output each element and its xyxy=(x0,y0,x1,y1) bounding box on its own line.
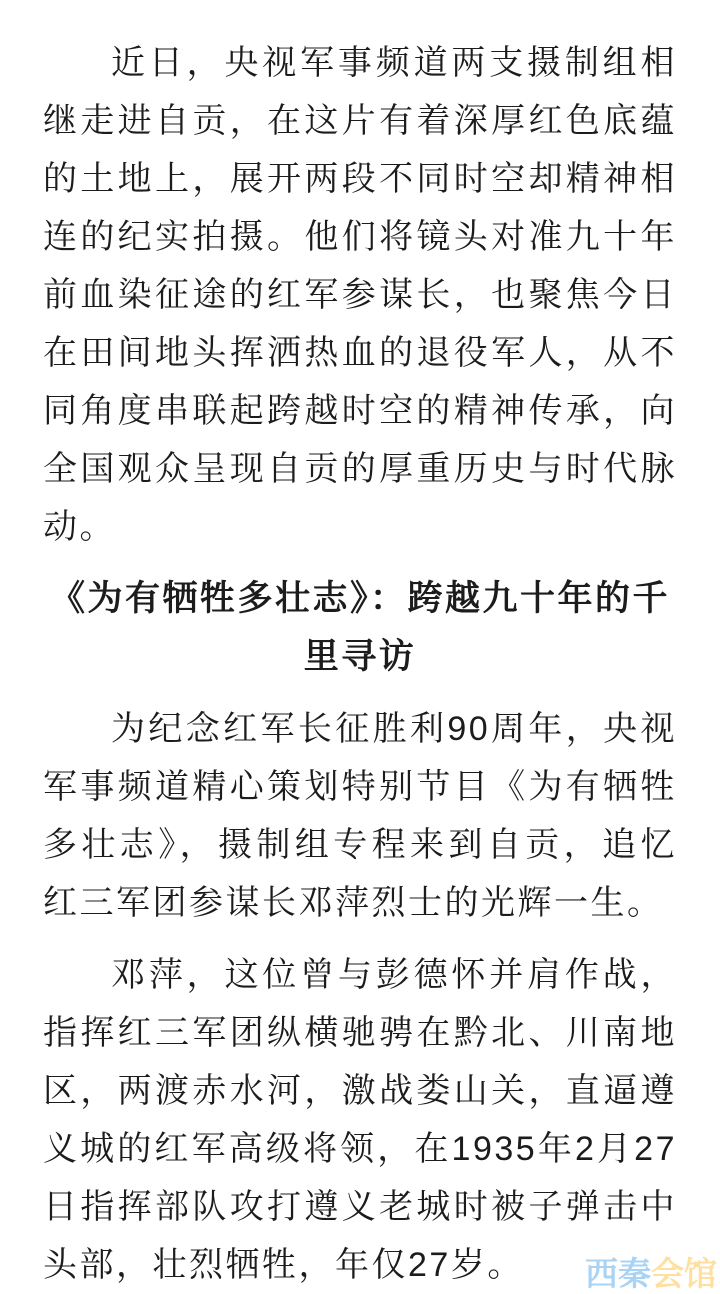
paragraph-program: 为纪念红军长征胜利90周年，央视军事频道精心策划特别节目《为有牺牲多壮志》，摄制… xyxy=(43,700,677,932)
article-page: 近日，央视军事频道两支摄制组相继走进自贡，在这片有着深厚红色底蕴的土地上，展开两… xyxy=(0,0,720,1294)
paragraph-dengping: 邓萍，这位曾与彭德怀并肩作战，指挥红三军团纵横驰骋在黔北、川南地区，两渡赤水河，… xyxy=(43,946,677,1294)
paragraph-intro: 近日，央视军事频道两支摄制组相继走进自贡，在这片有着深厚红色底蕴的土地上，展开两… xyxy=(43,34,677,556)
section-heading: 《为有牺牲多壮志》：跨越九十年的千里寻访 xyxy=(43,570,677,686)
